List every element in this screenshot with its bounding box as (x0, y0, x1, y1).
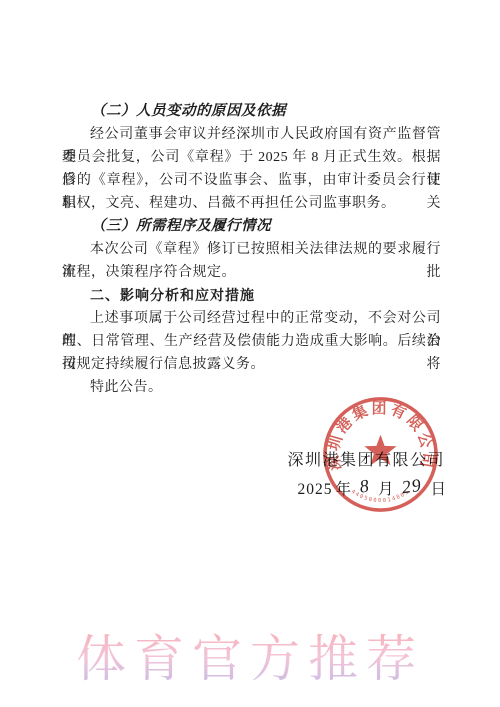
text-line: （二）人员变动的原因及依据 (62, 100, 441, 123)
text-line: （三）所需程序及履行情况 (62, 215, 441, 238)
text-line: 理、日常管理、生产经营及偿债能力造成重大影响。后续公司将 (62, 330, 441, 353)
text-line: 经公司董事会审议并经深圳市人民政府国有资产监督管理 (62, 123, 441, 146)
text-line: 本次公司《章程》修订已按照相关法律法规的要求履行审批 (62, 238, 441, 261)
seal-star-icon (364, 435, 396, 466)
text-line: 职权，文亮、程建功、吕薇不再担任公司监事职务。 (62, 192, 441, 215)
announcement-body: （二）人员变动的原因及依据经公司董事会审议并经深圳市人民政府国有资产监督管理委员… (62, 100, 441, 399)
text-line: 上述事项属于公司经营过程中的正常变动，不会对公司的治 (62, 307, 441, 330)
text-line: 委员会批复，公司《章程》于 2025 年 8 月正式生效。根据修订 (62, 146, 441, 169)
text-line: 二、影响分析和应对措施 (62, 284, 441, 307)
text-line: 后的《章程》，公司不设监事会、监事，由审计委员会行使相关 (62, 169, 441, 192)
seal-serial-number: 4405000014805 (350, 489, 411, 504)
company-seal-stamp: 深圳港集团有限公司 4405000014805 (321, 395, 440, 514)
document-page: （二）人员变动的原因及依据经公司董事会审议并经深圳市人民政府国有资产监督管理委员… (0, 0, 500, 707)
svg-text:4405000014805: 4405000014805 (350, 489, 411, 504)
watermark-text: 体育官方推荐 (0, 632, 500, 687)
